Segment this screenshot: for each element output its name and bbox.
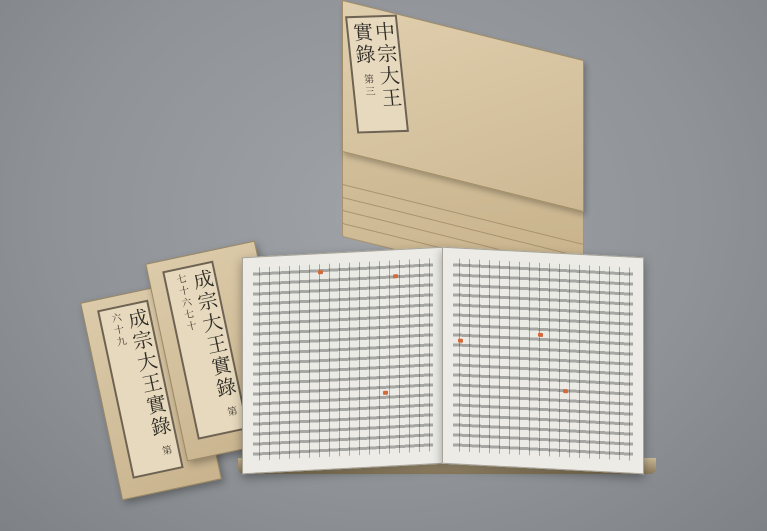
red-mark bbox=[318, 270, 323, 274]
red-mark bbox=[393, 274, 398, 278]
right-page bbox=[442, 247, 644, 475]
title-label: 中宗大王實錄第三 bbox=[345, 15, 409, 134]
volume-number: 第三 bbox=[361, 74, 374, 98]
text-columns bbox=[253, 258, 433, 460]
open-volume bbox=[242, 252, 652, 477]
stacked-volumes: 中宗大王實錄第三 bbox=[342, 30, 592, 250]
volume-title: 成宗大王實錄 bbox=[188, 267, 239, 401]
red-mark bbox=[383, 391, 388, 395]
red-mark bbox=[458, 339, 463, 343]
photo-scene: 中宗大王實錄第三 成宗大王實錄第六十九 成宗大王實錄第七十六七十 bbox=[0, 0, 767, 531]
volume-title: 中宗大王實錄 bbox=[349, 21, 404, 110]
text-columns bbox=[453, 258, 633, 460]
red-mark bbox=[538, 333, 543, 337]
red-mark bbox=[563, 389, 568, 393]
left-page bbox=[242, 247, 444, 475]
